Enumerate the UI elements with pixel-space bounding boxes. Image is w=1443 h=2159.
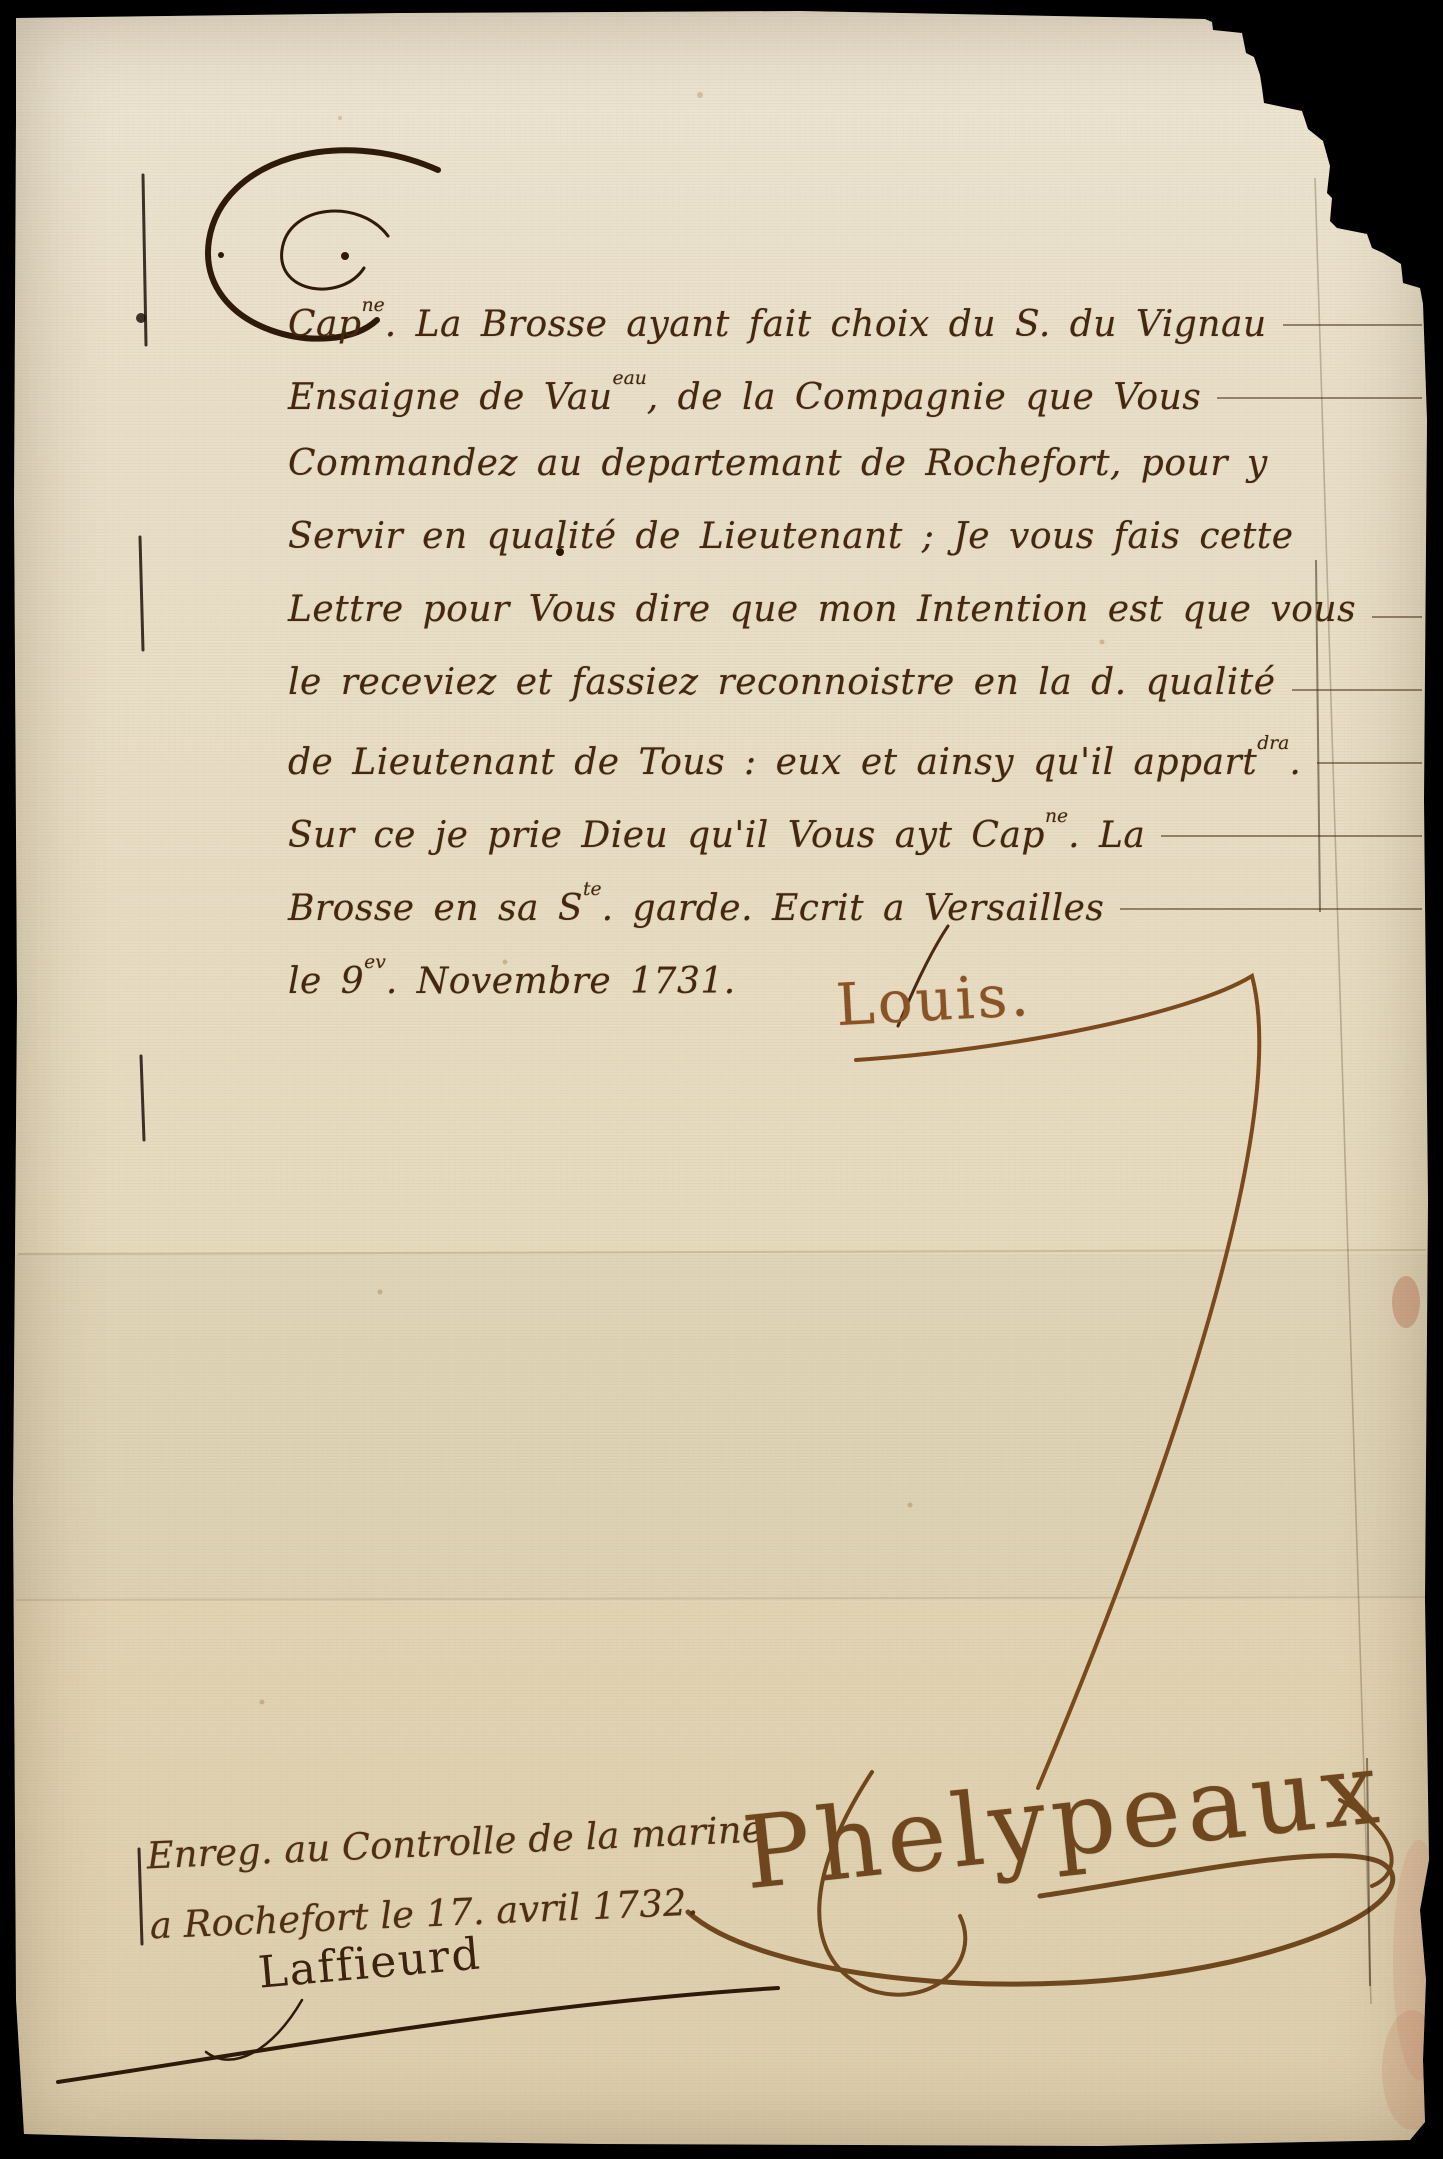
line-filler-stroke (1372, 616, 1422, 618)
manuscript-line: Ensaigne de Vaueau, de la Compagnie que … (288, 354, 1426, 427)
scanned-document: Capne. La Brosse ayant fait choix du S. … (0, 0, 1443, 2159)
manuscript-line: Servir en qualité de Lieutenant ; Je vou… (288, 500, 1426, 573)
line-filler-stroke (1161, 835, 1422, 837)
manuscript-line-text: Brosse en sa Ste. garde. Ecrit a Versail… (288, 865, 1104, 945)
manuscript-line: Capne. La Brosse ayant fait choix du S. … (288, 281, 1426, 354)
line-filler-stroke (1120, 908, 1422, 910)
line-filler-stroke (1292, 689, 1422, 691)
manuscript-line-text: de Lieutenant de Tous : eux et ainsy qu'… (288, 719, 1301, 799)
line-filler-stroke (1283, 324, 1422, 326)
manuscript-line-text: Sur ce je prie Dieu qu'il Vous ayt Capne… (288, 792, 1145, 872)
manuscript-line: Lettre pour Vous dire que mon Intention … (288, 573, 1426, 646)
manuscript-line-text: Ensaigne de Vaueau, de la Compagnie que … (288, 354, 1201, 434)
manuscript-line: Sur ce je prie Dieu qu'il Vous ayt Capne… (288, 792, 1426, 865)
manuscript-line-text: Commandez au departemant de Rochefort, p… (288, 427, 1268, 500)
manuscript-line: le receviez et fassiez reconnoistre en l… (288, 646, 1426, 719)
manuscript-line-text: le 9ev. Novembre 1731. (288, 938, 736, 1018)
manuscript-line-text: le receviez et fassiez reconnoistre en l… (288, 646, 1276, 719)
manuscript-line-text: Capne. La Brosse ayant fait choix du S. … (288, 281, 1267, 361)
royal-signature: Louis. (834, 961, 1033, 1039)
line-filler-stroke (1217, 397, 1422, 399)
manuscript-line: Commandez au departemant de Rochefort, p… (288, 427, 1426, 500)
line-filler-stroke (1317, 762, 1422, 764)
manuscript-line-text: Lettre pour Vous dire que mon Intention … (288, 573, 1356, 646)
manuscript-line: de Lieutenant de Tous : eux et ainsy qu'… (288, 719, 1426, 792)
manuscript-line: Brosse en sa Ste. garde. Ecrit a Versail… (288, 865, 1426, 938)
manuscript-line-text: Servir en qualité de Lieutenant ; Je vou… (288, 500, 1294, 573)
paper-sheet: Capne. La Brosse ayant fait choix du S. … (0, 0, 1443, 2159)
letter-body: Capne. La Brosse ayant fait choix du S. … (288, 281, 1426, 1011)
